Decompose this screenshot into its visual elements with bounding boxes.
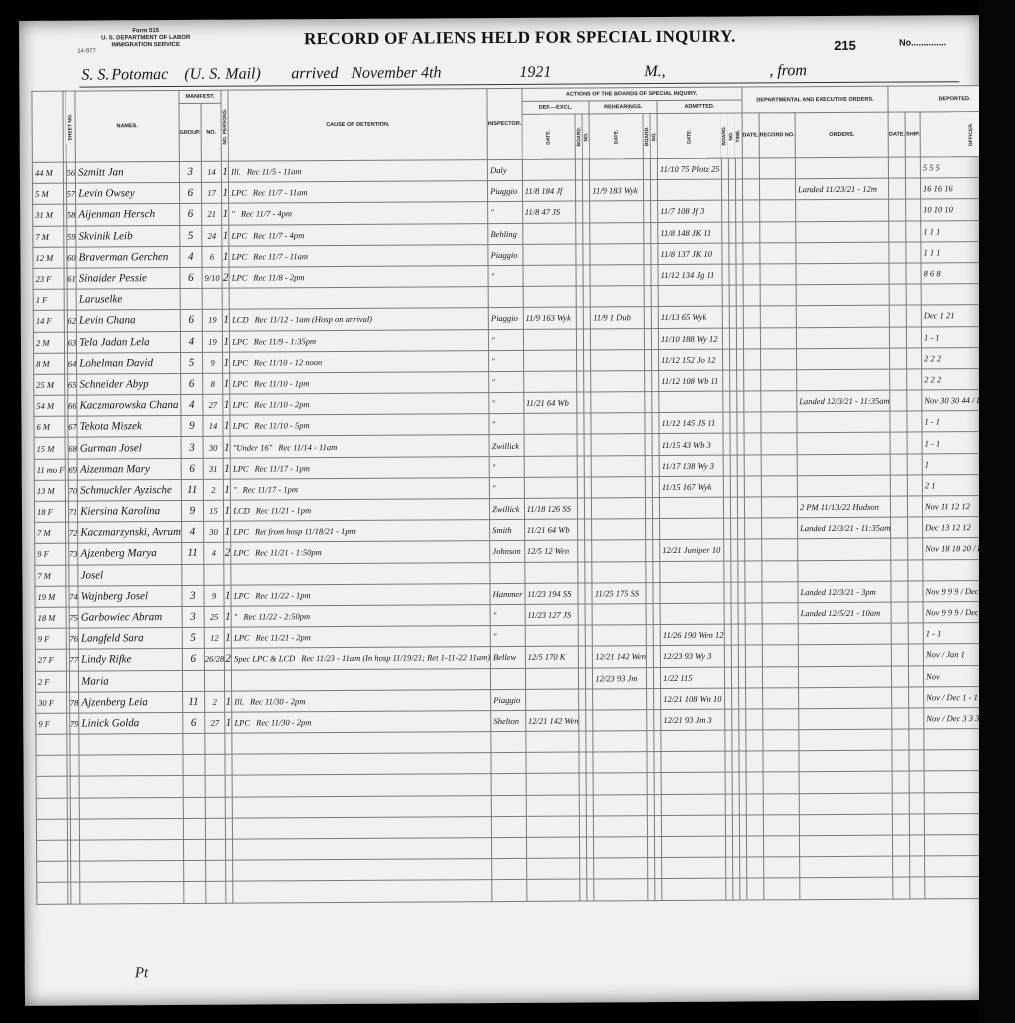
inspector-cell: " bbox=[488, 265, 523, 286]
admitted-cell bbox=[660, 603, 724, 625]
deported-date-header: Date. bbox=[888, 112, 905, 157]
held-timestamp: Rec 11/5 - 11am bbox=[247, 166, 302, 176]
deported-date-cell bbox=[890, 390, 907, 411]
inspector-cell: Piaggio bbox=[491, 689, 526, 710]
deported-date-cell bbox=[892, 687, 909, 708]
orders-cell: Landed 12/3/21 - 11:35am bbox=[797, 390, 890, 412]
age-sex-cell: 2 F bbox=[35, 671, 66, 692]
deported-date-cell bbox=[892, 644, 909, 665]
manifest-no-cell bbox=[206, 882, 227, 903]
cause-cell: LPCRec 11/17 - 1pm bbox=[230, 456, 489, 479]
admitted-cell bbox=[660, 582, 724, 604]
orders-cell bbox=[795, 157, 888, 179]
def-excl-cell bbox=[526, 752, 580, 774]
def-excl-cell: 11/8 47 JS bbox=[522, 201, 576, 223]
orders-date-cell bbox=[744, 539, 761, 560]
inspector-cell bbox=[491, 668, 526, 689]
orders-cell bbox=[797, 411, 890, 433]
cause-cell: Ill.Rec 11/30 - 2pm bbox=[232, 689, 491, 712]
group-cell bbox=[182, 564, 204, 585]
inspector-cell: " bbox=[489, 371, 524, 392]
age-sex-cell: 30 F bbox=[36, 692, 67, 713]
admitted-cell: 11/17 138 Wy 3 bbox=[659, 455, 723, 477]
orders-cell bbox=[796, 242, 889, 264]
line-number-cell: 56 bbox=[66, 162, 76, 183]
age-sex-cell: 7 M bbox=[33, 226, 64, 247]
admitted-cell: 12/21 93 Jm 3 bbox=[661, 709, 725, 731]
deported-ship-cell bbox=[907, 305, 922, 326]
cause-code: LPC bbox=[232, 357, 248, 367]
name-cell: Linick Golda bbox=[79, 712, 183, 734]
orders-cell: Landed 11/23/21 - 12m bbox=[795, 178, 888, 200]
manifest-no-cell: 26/28 bbox=[204, 649, 225, 670]
inspector-cell: " bbox=[489, 329, 524, 350]
orders-cell bbox=[799, 793, 892, 815]
admitted-cell bbox=[661, 773, 725, 795]
cause-code: LPC bbox=[233, 400, 249, 410]
orders-cell bbox=[798, 623, 891, 645]
orders-cell bbox=[798, 644, 891, 666]
age-sex-cell: 9 F bbox=[36, 713, 67, 734]
rehearing-cell bbox=[593, 688, 647, 710]
name-cell bbox=[79, 734, 183, 756]
deported-ship-cell bbox=[910, 793, 925, 814]
orders-date-cell bbox=[745, 709, 762, 730]
cause-cell: LPCRet from hosp 11/18/21 - 1pm bbox=[231, 520, 490, 543]
def-excl-cell bbox=[523, 286, 577, 308]
deported-ship-cell bbox=[908, 454, 923, 475]
def-excl-cell bbox=[523, 265, 577, 287]
orders-date-cell bbox=[744, 412, 761, 433]
deported-date-cell bbox=[891, 475, 908, 496]
inspector-cell bbox=[491, 731, 526, 752]
inspector-cell bbox=[492, 880, 527, 901]
def-excl-cell bbox=[523, 371, 577, 393]
group-cell: 6 bbox=[182, 649, 204, 670]
name-cell: Kaczmarzynski, Avrum bbox=[78, 522, 182, 544]
orders-cell bbox=[799, 835, 892, 857]
orders-date-cell bbox=[743, 349, 760, 370]
scan-edge bbox=[979, 0, 1015, 1023]
line-number-cell: 63 bbox=[67, 332, 77, 353]
rehearing-cell bbox=[592, 476, 646, 498]
group-cell bbox=[182, 670, 204, 691]
record-no-cell bbox=[761, 497, 797, 518]
cause-cell: LPCRec 11/7 - 11am bbox=[229, 181, 488, 204]
cause-code: LPC bbox=[234, 633, 250, 643]
line-number-cell: 58 bbox=[66, 204, 76, 225]
def-excl-cell: 12/5 12 Wen bbox=[524, 540, 578, 562]
line-number-cell bbox=[70, 819, 80, 840]
age-sex-cell: 19 M bbox=[35, 586, 66, 607]
manifest-no-cell bbox=[205, 818, 226, 839]
manifest-no-cell: 4 bbox=[204, 543, 225, 564]
group-cell bbox=[183, 818, 205, 839]
cause-cell bbox=[232, 753, 491, 776]
record-no-cell bbox=[763, 730, 799, 751]
inspector-cell bbox=[488, 286, 523, 307]
rehearing-cell bbox=[591, 413, 645, 435]
manifest-no-cell bbox=[205, 733, 226, 754]
def-excl-cell bbox=[524, 434, 578, 456]
def-excl-cell: 11/18 126 SS bbox=[524, 498, 578, 520]
deported-ship-cell bbox=[906, 199, 921, 220]
deported-date-cell bbox=[891, 623, 908, 644]
group-cell: 3 bbox=[182, 585, 204, 606]
orders-date-cell bbox=[742, 221, 759, 242]
group-cell: 5 bbox=[180, 352, 202, 373]
line-number-cell: 67 bbox=[68, 416, 78, 437]
line-number-cell bbox=[70, 755, 80, 776]
name-cell: Braverman Gerchen bbox=[76, 246, 180, 268]
record-no-cell bbox=[763, 772, 799, 793]
group-cell bbox=[183, 797, 205, 818]
inspector-cell: " bbox=[490, 604, 525, 625]
inspector-cell: Daly bbox=[488, 159, 523, 180]
line-number-cell: 73 bbox=[68, 543, 78, 564]
inspector-cell bbox=[492, 837, 527, 858]
def-excl-cell bbox=[524, 562, 578, 584]
def-excl-cell bbox=[526, 731, 580, 753]
age-sex-cell: 6 M bbox=[34, 416, 65, 437]
orders-cell: 2 PM 11/13/22 Hudson bbox=[797, 496, 890, 518]
arrival-date: November 4th bbox=[351, 64, 441, 83]
def-excl-cell bbox=[525, 625, 579, 647]
record-no-cell bbox=[763, 836, 799, 857]
cause-code: LPC bbox=[232, 230, 248, 240]
cause-code: " bbox=[231, 209, 235, 219]
orders-date-cell bbox=[744, 518, 761, 539]
name-cell: Schneider Abyp bbox=[77, 373, 181, 395]
orders-date-cell bbox=[745, 645, 762, 666]
line-number-cell bbox=[67, 289, 77, 310]
orders-date-cell bbox=[746, 857, 763, 878]
name-cell: Lohelman David bbox=[77, 352, 181, 374]
inspector-cell bbox=[492, 859, 527, 880]
name-cell: Kaczmarowska Chana bbox=[77, 395, 181, 417]
def-excl-cell bbox=[523, 329, 577, 351]
rehearing-cell bbox=[591, 371, 645, 393]
age-sex-cell: 13 M bbox=[34, 480, 65, 501]
page-title: RECORD OF ALIENS HELD FOR SPECIAL INQUIR… bbox=[304, 27, 736, 50]
cause-cell: LPCRec 11/21 - 2pm bbox=[231, 626, 490, 649]
orders-cell bbox=[797, 369, 890, 391]
record-no-cell bbox=[759, 200, 795, 221]
held-timestamp: Rec 11/7 - 4pm bbox=[241, 209, 292, 219]
rehearing-cell bbox=[592, 561, 646, 583]
age-sex-cell: 31 M bbox=[33, 205, 64, 226]
held-timestamp: Rec 11/23 - 11am (In hosp 11/19/21; Ret … bbox=[301, 652, 490, 663]
manifest-no-header: No. bbox=[201, 103, 222, 161]
name-cell bbox=[80, 818, 184, 840]
record-no-cell bbox=[761, 391, 797, 412]
admitted-cell: 11/8 148 JK 11 bbox=[658, 222, 722, 244]
cause-cell: "Rec 11/7 - 4pm bbox=[229, 202, 488, 225]
group-cell: 6 bbox=[179, 183, 201, 204]
manifest-no-cell: 2 bbox=[203, 479, 224, 500]
sheet-no-header: Sheet No. bbox=[66, 91, 76, 162]
def-date-header: Date. bbox=[522, 114, 576, 159]
group-cell: 6 bbox=[179, 204, 201, 225]
orders-date-cell bbox=[746, 751, 763, 772]
deported-ship-cell bbox=[907, 326, 922, 347]
deported-date-cell bbox=[889, 263, 906, 284]
orders-date-cell bbox=[746, 815, 763, 836]
rehearing-cell: 12/23 93 Jm bbox=[593, 667, 647, 689]
manifest-no-cell: 30 bbox=[203, 521, 224, 542]
age-sex-cell bbox=[36, 819, 67, 840]
deported-date-cell bbox=[893, 835, 910, 856]
orders-date-cell bbox=[745, 582, 762, 603]
rehearing-cell bbox=[594, 794, 648, 816]
deported-ship-cell bbox=[909, 687, 924, 708]
rehearing-cell bbox=[591, 392, 645, 414]
cause-code: LPC bbox=[232, 336, 248, 346]
manifest-no-cell: 6 bbox=[202, 246, 223, 267]
def-excl-cell: 11/23 127 JS bbox=[525, 604, 579, 626]
sheet-number: 215 bbox=[834, 38, 856, 53]
inspector-header: Inspector. bbox=[487, 88, 522, 159]
held-timestamp: Rec 11/10 - 2pm bbox=[254, 399, 309, 409]
group-cell: 4 bbox=[180, 331, 202, 352]
inspector-cell: Piaggio bbox=[488, 244, 523, 265]
held-timestamp: Rec 11/7 - 11am bbox=[253, 251, 308, 261]
record-no-cell bbox=[760, 348, 796, 369]
deported-date-cell bbox=[889, 199, 906, 220]
def-excl-cell bbox=[526, 858, 580, 880]
cause-code: Ill. bbox=[234, 696, 244, 706]
def-excl-cell bbox=[524, 413, 578, 435]
deported-date-cell bbox=[892, 793, 909, 814]
cause-cell: "Rec 11/17 - 1pm bbox=[231, 477, 490, 500]
line-number-cell: 74 bbox=[69, 586, 79, 607]
orders-date-cell bbox=[743, 243, 760, 264]
cause-cell: LPCRec 11/10 - 5pm bbox=[230, 414, 489, 437]
manifest-no-cell: 31 bbox=[203, 458, 224, 479]
cause-code: " bbox=[233, 485, 237, 495]
manifest-no-cell bbox=[205, 797, 226, 818]
clerk-initials: Pt bbox=[135, 965, 148, 982]
inspector-cell: " bbox=[489, 392, 524, 413]
manifest-no-cell: 17 bbox=[201, 182, 222, 203]
cause-cell bbox=[232, 668, 491, 691]
def-excl-header: Def.—Excl. bbox=[522, 101, 590, 114]
deported-ship-cell bbox=[909, 771, 924, 792]
admitted-cell bbox=[661, 730, 725, 752]
admitted-cell: 11/7 108 Jf 3 bbox=[658, 201, 722, 223]
orders-date-cell bbox=[743, 306, 760, 327]
rehearing-cell bbox=[593, 773, 647, 795]
admitted-cell bbox=[661, 794, 725, 816]
group-cell: 4 bbox=[180, 246, 202, 267]
cause-code: "Under 16" bbox=[233, 442, 273, 452]
line-number-cell: 71 bbox=[68, 501, 78, 522]
form-header: Form 515 U. S. DEPARTMENT OF LABOR IMMIG… bbox=[101, 28, 190, 50]
orders-date-cell bbox=[744, 391, 761, 412]
cause-code: LCD bbox=[233, 506, 250, 516]
def-excl-cell bbox=[523, 244, 577, 266]
age-sex-cell: 18 F bbox=[34, 501, 65, 522]
ship-note: (U. S. Mail) bbox=[184, 65, 261, 83]
cause-cell: LCDRec 11/21 - 1pm bbox=[231, 499, 490, 522]
deported-ship-cell bbox=[908, 475, 923, 496]
age-sex-cell: 14 F bbox=[33, 310, 64, 331]
cause-code: LPC bbox=[233, 421, 249, 431]
orders-cell bbox=[799, 772, 892, 794]
record-no-cell bbox=[762, 581, 798, 602]
cause-code: LPC bbox=[234, 718, 250, 728]
rehearing-cell bbox=[594, 815, 648, 837]
group-header: Group. bbox=[179, 103, 201, 161]
cause-cell: LPCRec 11/8 - 2pm bbox=[229, 266, 488, 289]
orders-cell bbox=[797, 475, 890, 497]
rehearing-cell bbox=[593, 752, 647, 774]
name-cell: Maria bbox=[79, 670, 183, 692]
rehearing-cell bbox=[592, 540, 646, 562]
record-no-cell bbox=[759, 179, 795, 200]
deported-ship-cell bbox=[908, 581, 923, 602]
record-no-cell bbox=[761, 412, 797, 433]
line-number-cell bbox=[70, 798, 80, 819]
manifest-no-cell: 21 bbox=[201, 204, 222, 225]
def-excl-cell bbox=[522, 223, 576, 245]
inspector-cell: " bbox=[489, 350, 524, 371]
inspector-cell: " bbox=[489, 456, 524, 477]
cause-code: LPC bbox=[233, 527, 249, 537]
admitted-cell: 11/12 134 Jg 11 bbox=[658, 264, 722, 286]
held-timestamp: Rec 11/12 - 1am (Hosp on arrival) bbox=[255, 314, 372, 325]
manifest-no-cell: 9 bbox=[204, 585, 225, 606]
group-cell: 3 bbox=[182, 606, 204, 627]
name-cell: Aizenman Mary bbox=[77, 458, 181, 480]
orders-cell bbox=[796, 327, 889, 349]
manifest-no-cell bbox=[204, 564, 225, 585]
age-sex-cell: 18 M bbox=[35, 607, 66, 628]
record-no-cell bbox=[760, 285, 796, 306]
orders-cell bbox=[800, 856, 893, 878]
admitted-cell: 11/10 188 Wy 12 bbox=[658, 328, 722, 350]
held-timestamp: Rec 11/9 - 1:35pm bbox=[254, 336, 316, 346]
line-number-cell bbox=[70, 882, 80, 903]
def-excl-cell: 11/23 194 SS bbox=[525, 583, 579, 605]
def-excl-cell bbox=[526, 837, 580, 859]
age-sex-cell: 11 mo F bbox=[34, 459, 65, 480]
deported-ship-cell bbox=[910, 856, 925, 877]
orders-cell bbox=[797, 454, 890, 476]
admitted-cell bbox=[661, 815, 725, 837]
admitted-header: Admitted. bbox=[657, 100, 742, 114]
orders-cell: Landed 12/3/21 - 11:35am bbox=[798, 517, 891, 539]
record-no-cell bbox=[761, 433, 797, 454]
name-cell bbox=[80, 861, 184, 883]
rehearing-cell bbox=[591, 349, 645, 371]
def-excl-cell bbox=[526, 773, 580, 795]
name-cell: Lindy Rifke bbox=[79, 649, 183, 671]
age-sex-cell: 12 M bbox=[33, 247, 64, 268]
def-excl-cell: 12/5 170 K bbox=[525, 646, 579, 668]
orders-date-cell bbox=[744, 497, 761, 518]
adm-date-header: Date. bbox=[657, 113, 721, 158]
name-cell bbox=[80, 839, 184, 861]
line-number-cell: 64 bbox=[67, 353, 77, 374]
age-sex-cell bbox=[36, 777, 67, 798]
group-cell: 6 bbox=[183, 712, 205, 733]
age-sex-cell: 1 F bbox=[33, 289, 64, 310]
deported-ship-cell bbox=[908, 517, 923, 538]
age-sex-cell bbox=[37, 883, 68, 904]
deported-ship-cell bbox=[906, 242, 921, 263]
held-timestamp: Rec 11/30 - 2pm bbox=[250, 696, 305, 706]
reh-no-header: No. bbox=[650, 114, 657, 159]
deported-date-cell bbox=[889, 284, 906, 305]
admitted-cell bbox=[661, 751, 725, 773]
deported-ship-cell bbox=[909, 665, 924, 686]
admitted-cell: 12/23 93 Wy 3 bbox=[660, 645, 724, 667]
group-cell bbox=[183, 733, 205, 754]
manifest-no-cell: 24 bbox=[202, 225, 223, 246]
deported-date-cell bbox=[891, 602, 908, 623]
line-number-cell: 75 bbox=[69, 607, 79, 628]
deported-date-cell bbox=[889, 242, 906, 263]
line-number-cell bbox=[69, 565, 79, 586]
line-number-cell: 69 bbox=[68, 459, 78, 480]
inspector-cell: Smith bbox=[490, 520, 525, 541]
manifest-no-cell: 14 bbox=[201, 161, 222, 182]
manifest-no-cell: 2 bbox=[204, 691, 225, 712]
rehearing-cell bbox=[590, 286, 644, 308]
rehearing-cell bbox=[591, 328, 645, 350]
deported-date-cell bbox=[891, 581, 908, 602]
deported-ship-cell bbox=[906, 157, 921, 178]
manifest-no-cell: 27 bbox=[205, 712, 226, 733]
held-timestamp: Rec 11/7 - 4pm bbox=[253, 230, 304, 240]
inspector-cell: " bbox=[489, 477, 524, 498]
def-excl-cell bbox=[526, 816, 580, 838]
age-sex-cell: 54 M bbox=[34, 395, 65, 416]
record-no-cell bbox=[761, 476, 797, 497]
orders-cell: Landed 12/3/21 - 3pm bbox=[798, 581, 891, 603]
rehearing-cell: 11/9 1 Dub bbox=[591, 307, 645, 329]
name-cell bbox=[79, 755, 183, 777]
admitted-cell: 1/22 115 bbox=[661, 667, 725, 689]
m-label: M., bbox=[644, 63, 665, 81]
deported-ship-cell bbox=[907, 390, 922, 411]
admitted-cell bbox=[658, 179, 722, 201]
group-cell: 4 bbox=[181, 394, 203, 415]
group-cell: 3 bbox=[179, 161, 201, 182]
deported-ship-cell bbox=[910, 814, 925, 835]
admitted-cell bbox=[659, 497, 723, 519]
name-cell: Tekota Miszek bbox=[77, 416, 181, 438]
deported-ship-cell bbox=[906, 263, 921, 284]
deported-ship-cell bbox=[910, 877, 925, 898]
service-name: IMMIGRATION SERVICE bbox=[101, 42, 190, 50]
rehearing-cell bbox=[594, 879, 648, 901]
cause-cell: LPCRec 11/10 - 1pm bbox=[230, 371, 489, 394]
held-timestamp: Ret from hosp 11/18/21 - 1pm bbox=[255, 526, 356, 537]
orders-date-cell bbox=[746, 836, 763, 857]
manifest-no-cell: 8 bbox=[202, 373, 223, 394]
group-cell: 11 bbox=[181, 479, 203, 500]
group-cell bbox=[183, 861, 205, 882]
manifest-no-cell bbox=[205, 776, 226, 797]
deported-date-cell bbox=[893, 856, 910, 877]
cause-cell: LPCRec 11/7 - 4pm bbox=[229, 223, 488, 246]
deported-ship-cell bbox=[907, 432, 922, 453]
deported-ship-cell bbox=[909, 708, 924, 729]
deported-ship-cell bbox=[907, 348, 922, 369]
line-number-cell: 79 bbox=[69, 713, 79, 734]
